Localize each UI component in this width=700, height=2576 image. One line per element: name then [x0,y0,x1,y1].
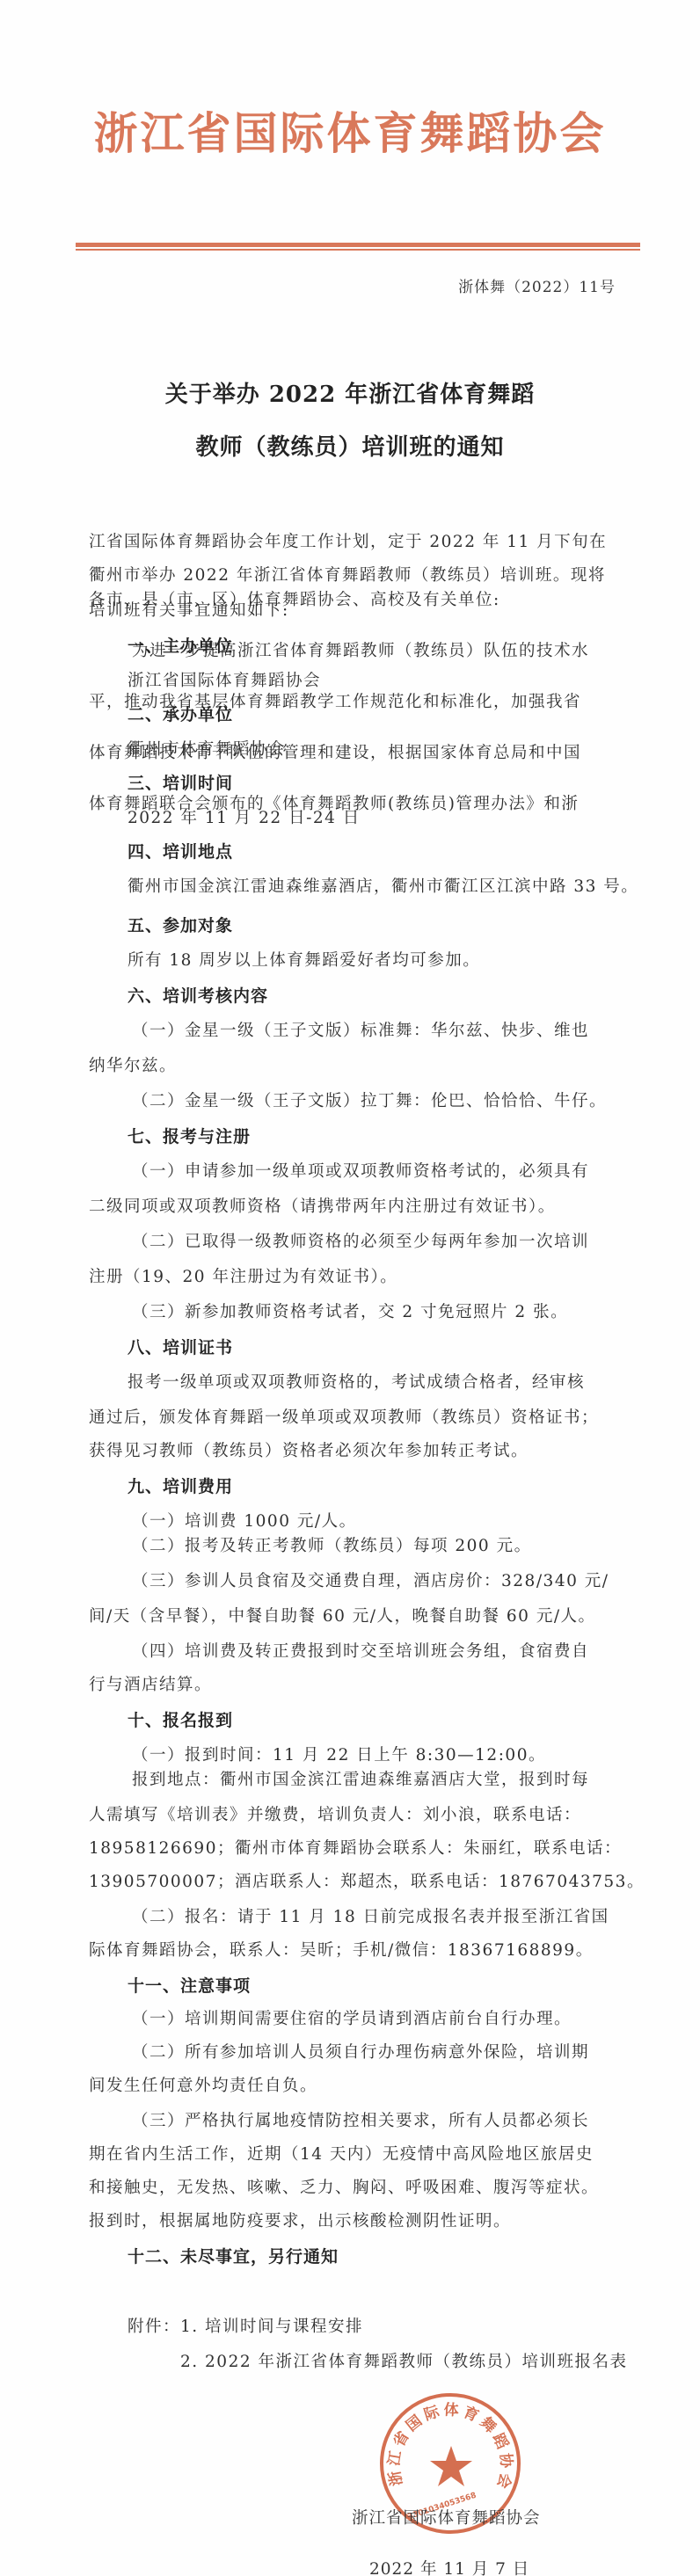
section-heading-organizer: 一、主办单位 [128,633,233,657]
section-heading-time: 三、培训时间 [128,770,233,794]
section-text: （二）所有参加培训人员须自行办理伤病意外保险，培训期 [132,2040,589,2063]
section-heading-fees: 九、培训费用 [128,1474,233,1497]
signature-organization: 浙江省国际体育舞蹈协会 [352,2506,541,2529]
section-text: （三）参训人员食宿及交通费自理，酒店房价：328/340 元/ [132,1568,609,1591]
section-heading-notes: 十一、注意事项 [128,1973,251,1997]
section-text: 获得见习教师（教练员）资格者必须次年参加转正考试。 [89,1438,529,1461]
section-text: （一）培训期间需要住宿的学员请到酒店前台自行办理。 [132,2006,572,2029]
section-text: （二）报名：请于 11 月 18 日前完成报名表并报至浙江省国 [132,1904,609,1927]
section-text: （二）金星一级（王子文版）拉丁舞：伦巴、恰恰恰、牛仔。 [132,1088,607,1111]
section-text: （三）新参加教师资格考试者，交 2 寸免冠照片 2 张。 [132,1299,568,1322]
section-text: 间/天（含早餐），中餐自助餐 60 元/人，晚餐自助餐 60 元/人。 [89,1604,596,1626]
section-text: （三）严格执行属地疫情防控相关要求，所有人员都必须长 [132,2108,589,2131]
section-text: 18958126690；衢州市体育舞蹈协会联系人：朱丽红，联系电话： [89,1836,622,1859]
section-text: （一）申请参加一级单项或双项教师资格考试的，必须具有 [132,1159,589,1182]
section-text: 衢州市国金滨江雷迪森维嘉酒店，衢州市衢江区江滨中路 33 号。 [128,874,638,897]
signature-date: 2022 年 11 月 7 日 [369,2557,529,2576]
section-text: 报考一级单项或双项教师资格的，考试成绩合格者，经审核 [128,1370,585,1393]
organization-letterhead: 浙江省国际体育舞蹈协会 [0,107,700,160]
section-text: 浙江省国际体育舞蹈协会 [128,668,321,691]
section-text: 通过后，颁发体育舞蹈一级单项或双项教师（教练员）资格证书； [89,1405,599,1428]
section-text: 期在省内生活工作，近期（14 天内）无疫情中高风险地区旅居史 [89,2142,594,2165]
section-text: 和接触史，无发热、咳嗽、乏力、胸闷、呼吸困难、腹泻等症状。 [89,2175,599,2198]
attachments-label: 附件： [128,2314,180,2337]
document-number: 浙体舞（2022）11号 [458,274,616,296]
section-text: 二级同项或双项教师资格（请携带两年内注册过有效证书）。 [89,1194,556,1217]
section-text: 所有 18 周岁以上体育舞蹈爱好者均可参加。 [128,948,480,971]
section-text: （一）培训费 1000 元/人。 [132,1509,357,1532]
section-text: 13905700007；酒店联系人：郑超杰，联系电话：18767043753。 [89,1869,645,1892]
attachment-item: 1. 培训时间与课程安排 [180,2314,363,2337]
section-text: 间发生任何意外均责任自负。 [89,2073,317,2096]
section-text: 行与酒店结算。 [89,1672,212,1695]
section-heading-content: 六、培训考核内容 [128,983,268,1007]
section-heading-host: 二、承办单位 [128,702,233,725]
section-heading-signup: 十、报名报到 [128,1707,233,1731]
section-heading-misc: 十二、未尽事宜，另行通知 [128,2244,339,2267]
section-heading-location: 四、培训地点 [128,839,233,862]
section-text: （二）报考及转正考教师（教练员）每项 200 元。 [132,1533,532,1556]
section-text: 人需填写《培训表》并缴费，培训负责人：刘小浪，联系电话： [89,1802,581,1825]
intro-line: 衢州市举办 2022 年浙江省体育舞蹈教师（教练员）培训班。现将 [89,563,606,586]
section-text: 报到时，根据属地防疫要求，出示核酸检测阴性证明。 [89,2209,511,2231]
section-text: 际体育舞蹈协会，联系人：吴昕；手机/微信：18367168899。 [89,1938,594,1961]
section-text: 报到地点：衢州市国金滨江雷迪森维嘉酒店大堂，报到时每 [132,1767,589,1790]
letterhead-rule-thick [76,243,640,247]
section-text: （四）培训费及转正费报到时交至培训班会务组，食宿费自 [132,1639,589,1662]
document-title-line2: 教师（教练员）培训班的通知 [0,429,700,462]
section-text: 2022 年 11 月 22 日-24 日 [128,805,361,828]
document-page: 浙江省国际体育舞蹈协会 浙体舞（2022）11号 关于举办 2022 年浙江省体… [0,0,700,2576]
letterhead-rule-thin [76,249,640,251]
section-heading-participants: 五、参加对象 [128,913,233,936]
section-text: 纳华尔兹。 [89,1053,177,1076]
section-text: 注册（19、20 年注册过为有效证书）。 [89,1264,397,1287]
section-heading-registration: 七、报考与注册 [128,1124,251,1147]
section-text: 衢州市体育舞蹈协会 [128,737,286,760]
intro-line: 江省国际体育舞蹈协会年度工作计划，定于 2022 年 11 月下旬在 [89,529,607,552]
section-text: （一）报到时间：11 月 22 日上午 8:30—12:00。 [132,1743,546,1765]
attachment-item: 2. 2022 年浙江省体育舞蹈教师（教练员）培训班报名表 [180,2349,628,2372]
section-heading-certificate: 八、培训证书 [128,1335,233,1358]
seal-star-icon [429,2444,473,2488]
section-text: （一）金星一级（王子文版）标准舞：华尔兹、快步、维也 [132,1018,589,1041]
section-text: （二）已取得一级教师资格的必须至少每两年参加一次培训 [132,1229,589,1252]
intro-line: 培训班有关事宜通知如下: [89,598,289,621]
document-title-line1: 关于举办 2022 年浙江省体育舞蹈 [0,376,700,409]
